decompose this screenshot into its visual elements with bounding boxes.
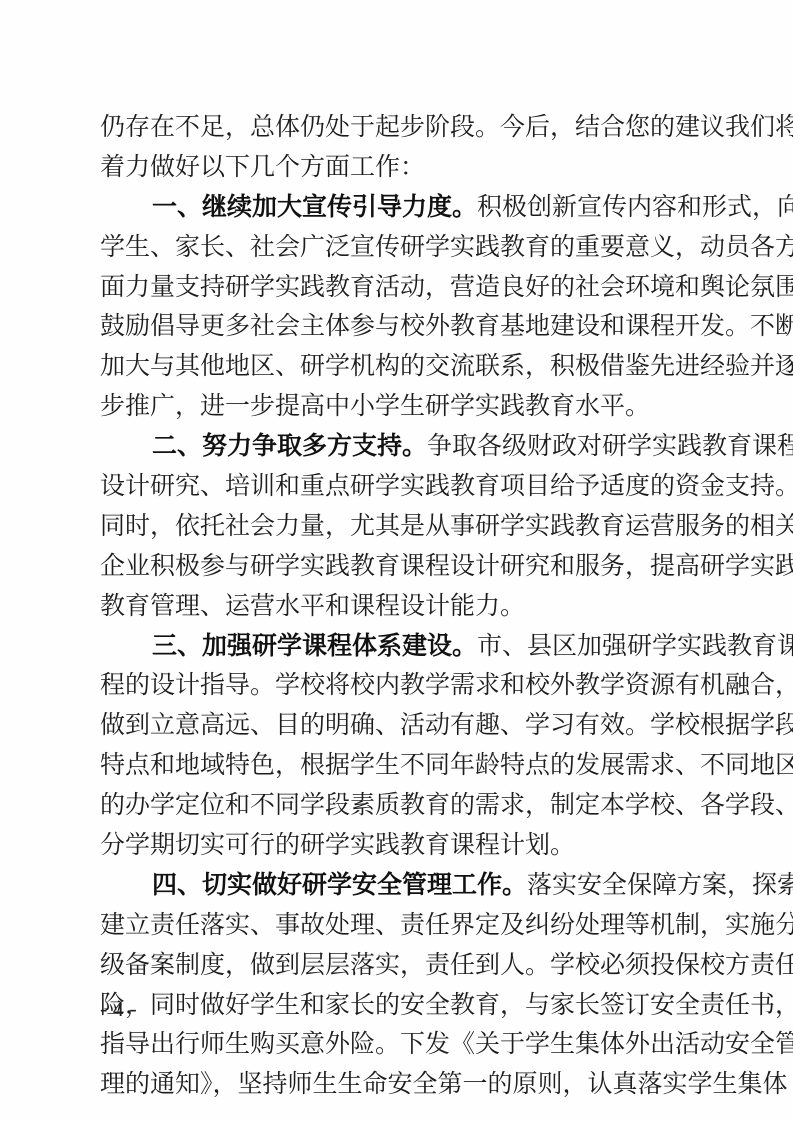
text-line: 做到立意高远、目的明确、活动有趣、学习有效。学校根据学段 — [100, 705, 688, 745]
text-line: 面力量支持研学实践教育活动，营造良好的社会环境和舆论氛围。 — [100, 267, 688, 307]
line-text: 积极创新宣传内容和形式，向 — [477, 192, 793, 221]
section-heading: 三、加强研学课程体系建设。 — [152, 631, 477, 660]
line-text: 理的通知》，坚持师生生命安全第一的原则，认真落实学生集体 — [100, 1069, 788, 1098]
line-text: 鼓励倡导更多社会主体参与校外教育基地建设和课程开发。不断 — [100, 311, 793, 340]
line-text: 做到立意高远、目的明确、活动有趣、学习有效。学校根据学段 — [100, 710, 793, 739]
line-text: 落实安全保障方案，探索 — [527, 870, 793, 899]
text-line: 理的通知》，坚持师生生命安全第一的原则，认真落实学生集体 — [100, 1064, 688, 1104]
line-text: 程的设计指导。学校将校内教学需求和校外教学资源有机融合， — [100, 670, 793, 699]
text-line: 同时，依托社会力量，尤其是从事研学实践教育运营服务的相关 — [100, 506, 688, 546]
text-line: 建立责任落实、事故处理、责任界定及纠纷处理等机制，实施分 — [100, 905, 688, 945]
line-text: 加大与其他地区、研学机构的交流联系，积极借鉴先进经验并逐 — [100, 351, 793, 380]
line-text: 险，同时做好学生和家长的安全教育，与家长签订安全责任书， — [100, 990, 793, 1019]
section-heading: 一、继续加大宣传引导力度。 — [152, 192, 477, 221]
text-line: 特点和地域特色，根据学生不同年龄特点的发展需求、不同地区 — [100, 745, 688, 785]
line-text: 的办学定位和不同学段素质教育的需求，制定本学校、各学段、 — [100, 790, 793, 819]
text-line: 鼓励倡导更多社会主体参与校外教育基地建设和课程开发。不断 — [100, 306, 688, 346]
line-text: 同时，依托社会力量，尤其是从事研学实践教育运营服务的相关 — [100, 511, 793, 540]
text-line: 学生、家长、社会广泛宣传研学实践教育的重要意义，动员各方 — [100, 227, 688, 267]
line-text: 仍存在不足，总体仍处于起步阶段。今后，结合您的建议我们将 — [100, 112, 793, 141]
line-text: 建立责任落实、事故处理、责任界定及纠纷处理等机制，实施分 — [100, 910, 793, 939]
section-heading: 二、努力争取多方支持。 — [152, 431, 427, 460]
text-line: 险，同时做好学生和家长的安全教育，与家长签订安全责任书， — [100, 985, 688, 1025]
text-line: 企业积极参与研学实践教育课程设计研究和服务，提高研学实践 — [100, 546, 688, 586]
line-text: 争取各级财政对研学实践教育课程 — [427, 431, 793, 460]
page-number: - 4 - — [100, 996, 137, 1022]
text-line: 程的设计指导。学校将校内教学需求和校外教学资源有机融合， — [100, 665, 688, 705]
section-heading: 四、切实做好研学安全管理工作。 — [152, 870, 527, 899]
text-line: 级备案制度，做到层层落实，责任到人。学校必须投保校方责任 — [100, 945, 688, 985]
line-text: 企业积极参与研学实践教育课程设计研究和服务，提高研学实践 — [100, 551, 793, 580]
text-line: 设计研究、培训和重点研学实践教育项目给予适度的资金支持。 — [100, 466, 688, 506]
line-text: 步推广，进一步提高中小学生研学实践教育水平。 — [100, 391, 650, 420]
line-text: 面力量支持研学实践教育活动，营造良好的社会环境和舆论氛围。 — [100, 272, 793, 301]
line-text: 指导出行师生购买意外险。下发《关于学生集体外出活动安全管 — [100, 1029, 793, 1058]
text-line: 步推广，进一步提高中小学生研学实践教育水平。 — [100, 386, 688, 426]
line-text: 教育管理、运营水平和课程设计能力。 — [100, 591, 525, 620]
line-text: 市、县区加强研学实践教育课 — [477, 631, 793, 660]
text-line: 加大与其他地区、研学机构的交流联系，积极借鉴先进经验并逐 — [100, 346, 688, 386]
line-text: 分学期切实可行的研学实践教育课程计划。 — [100, 830, 575, 859]
paragraph-heading-line: 三、加强研学课程体系建设。市、县区加强研学实践教育课 — [100, 626, 688, 666]
document-body: 仍存在不足，总体仍处于起步阶段。今后，结合您的建议我们将着力做好以下几个方面工作… — [100, 107, 688, 1104]
line-text: 级备案制度，做到层层落实，责任到人。学校必须投保校方责任 — [100, 950, 793, 979]
line-text: 着力做好以下几个方面工作： — [100, 152, 425, 181]
text-line: 指导出行师生购买意外险。下发《关于学生集体外出活动安全管 — [100, 1024, 688, 1064]
text-line: 着力做好以下几个方面工作： — [100, 147, 688, 187]
paragraph-heading-line: 四、切实做好研学安全管理工作。落实安全保障方案，探索 — [100, 865, 688, 905]
text-line: 教育管理、运营水平和课程设计能力。 — [100, 586, 688, 626]
paragraph-heading-line: 一、继续加大宣传引导力度。积极创新宣传内容和形式，向 — [100, 187, 688, 227]
line-text: 学生、家长、社会广泛宣传研学实践教育的重要意义，动员各方 — [100, 232, 793, 261]
text-line: 的办学定位和不同学段素质教育的需求，制定本学校、各学段、 — [100, 785, 688, 825]
text-line: 仍存在不足，总体仍处于起步阶段。今后，结合您的建议我们将 — [100, 107, 688, 147]
text-line: 分学期切实可行的研学实践教育课程计划。 — [100, 825, 688, 865]
document-page: 仍存在不足，总体仍处于起步阶段。今后，结合您的建议我们将着力做好以下几个方面工作… — [0, 0, 793, 1121]
paragraph-heading-line: 二、努力争取多方支持。争取各级财政对研学实践教育课程 — [100, 426, 688, 466]
line-text: 设计研究、培训和重点研学实践教育项目给予适度的资金支持。 — [100, 471, 793, 500]
line-text: 特点和地域特色，根据学生不同年龄特点的发展需求、不同地区 — [100, 750, 793, 779]
